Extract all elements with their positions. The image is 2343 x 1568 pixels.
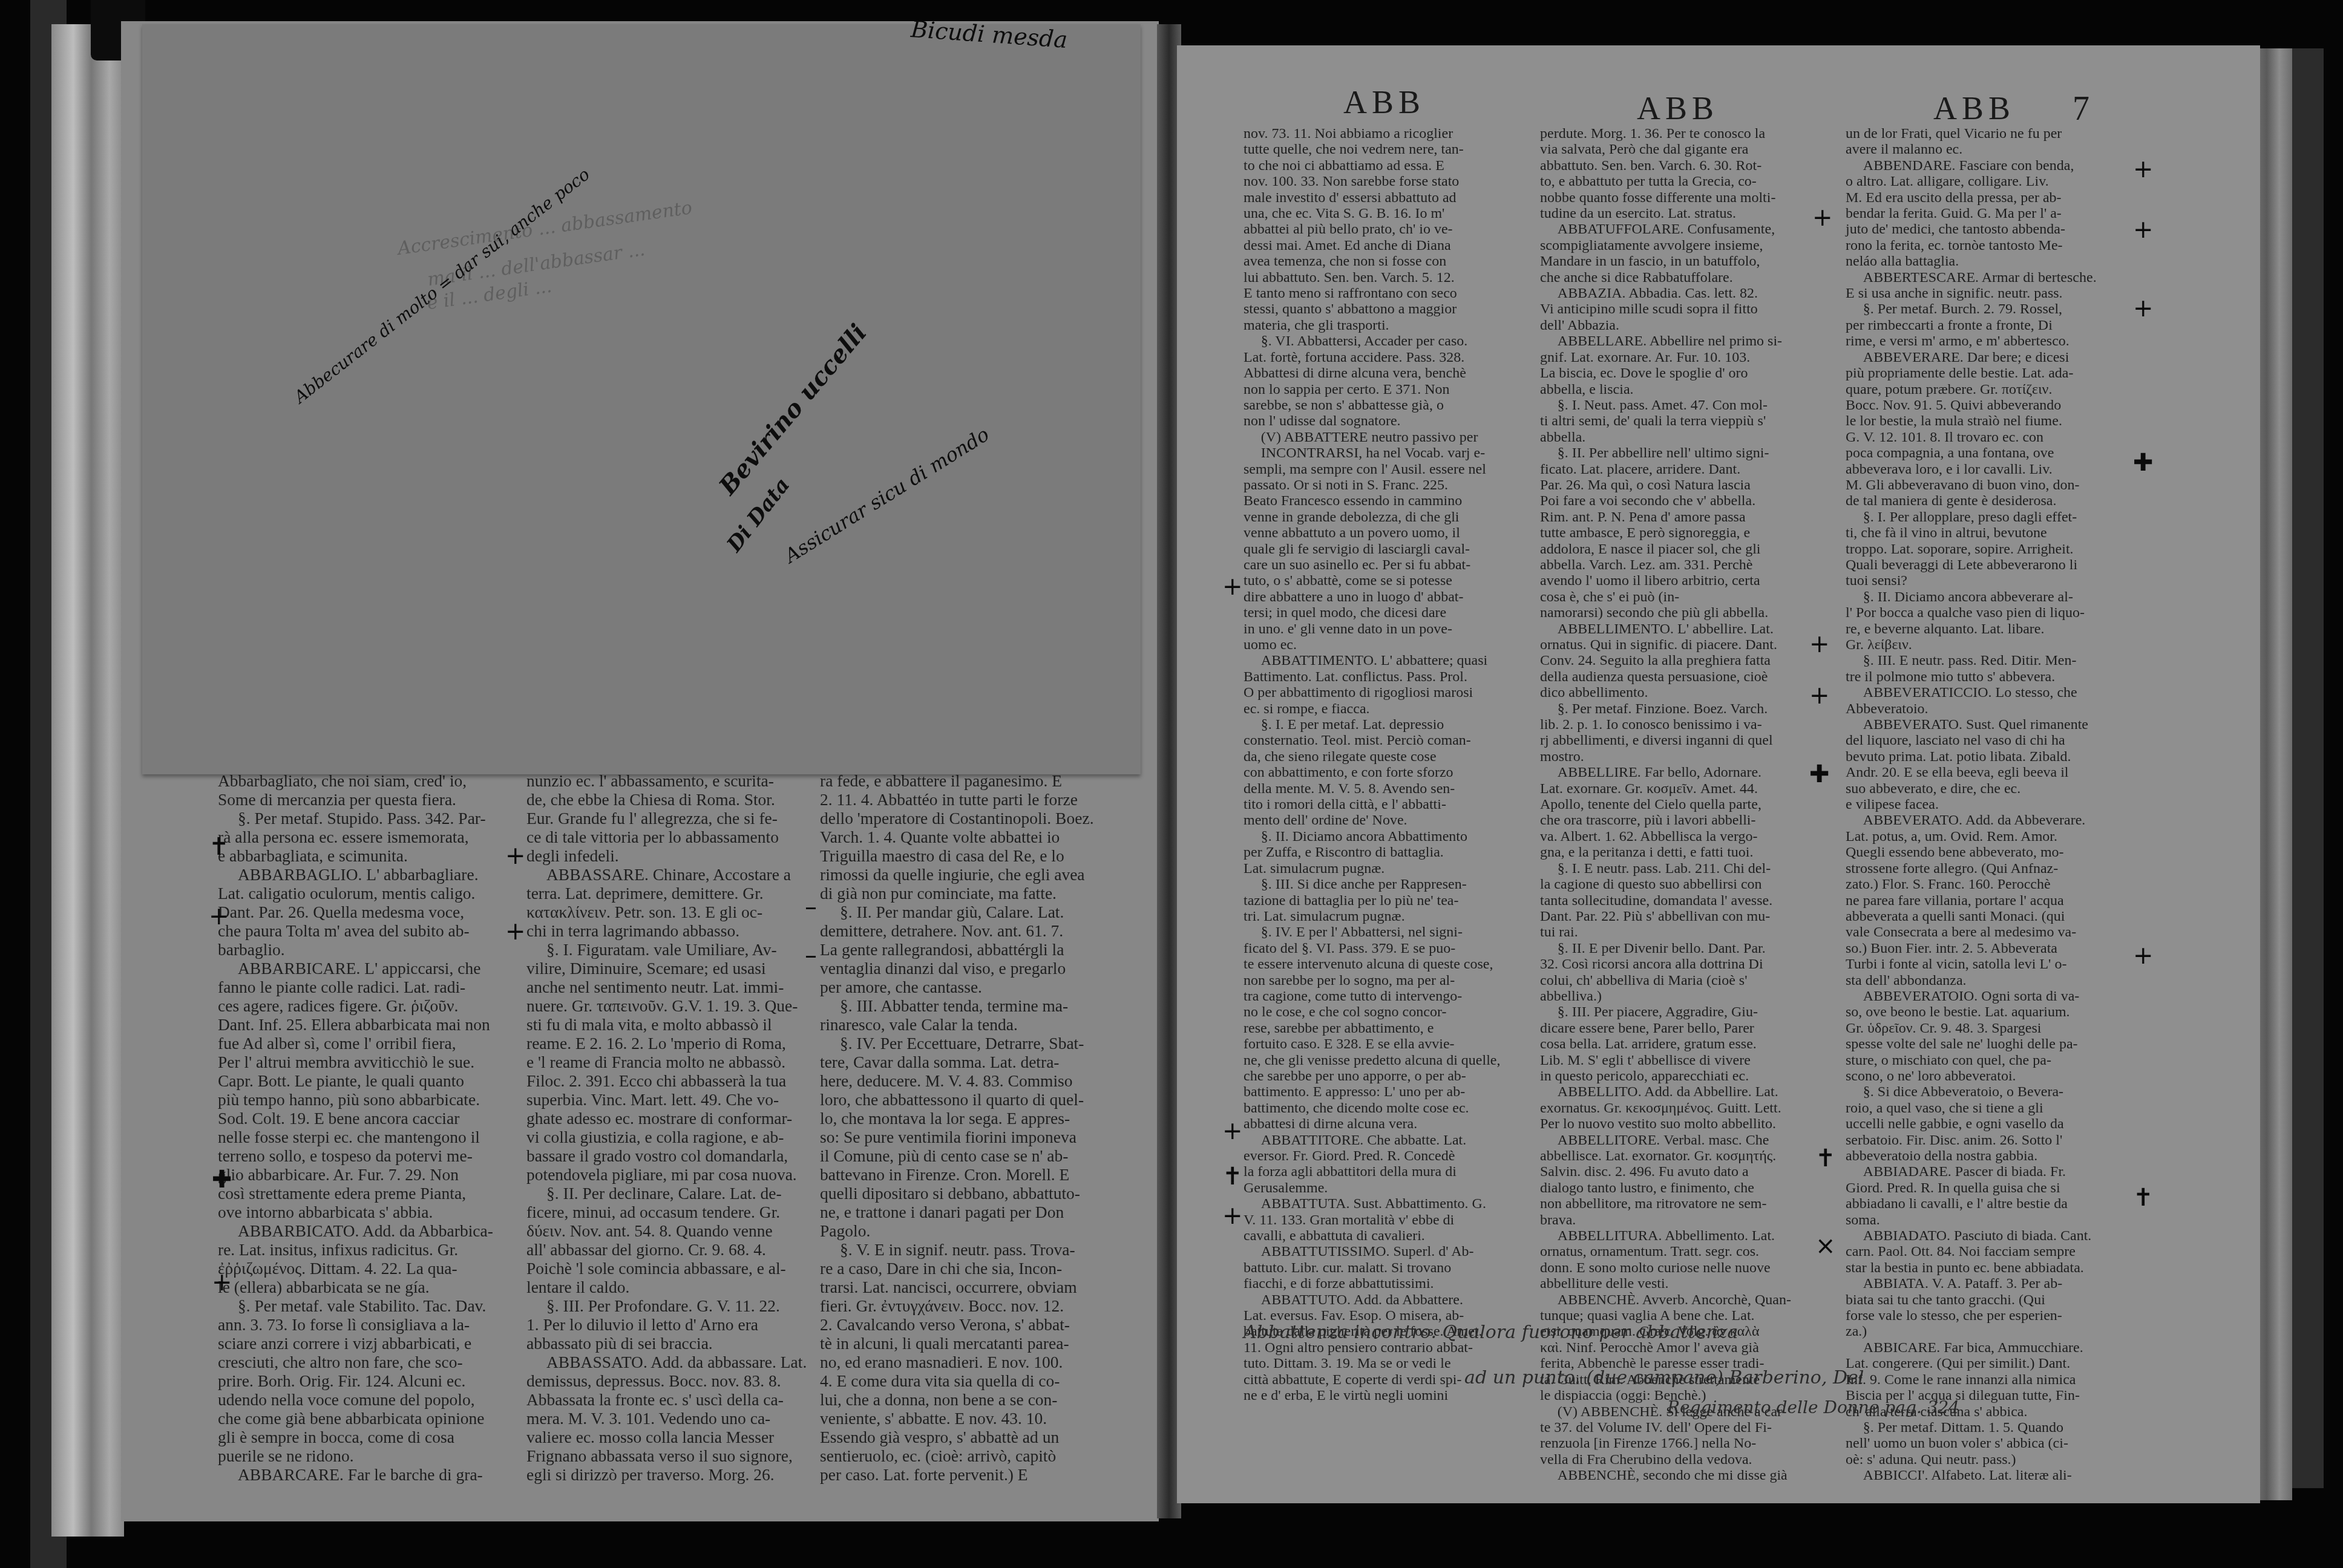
text-line: §. II. Diciamo ancora abbeverare al-: [1846, 589, 2130, 605]
text-line: terreno sollo, e tospeso da potervi me-: [218, 1146, 502, 1165]
margin-cross-mark: ✝: [1222, 1165, 1243, 1189]
text-line: una, che ec. Vita S. G. B. 16. Io m': [1244, 206, 1522, 221]
text-line: chi in terra lagrimando abbasso.: [526, 921, 811, 940]
running-head-3: ABB: [1933, 90, 2015, 127]
text-line: exornatus. Gr. κεκοσμημένος. Guitt. Lett…: [1540, 1100, 1824, 1116]
text-line: abbeverata a quelli santi Monaci. (qui: [1846, 909, 2130, 924]
text-line: κατακλίνειν. Petr. son. 13. E gli oc-: [526, 903, 811, 921]
text-line: Lat. congerere. (Qui per similit.) Dant.: [1846, 1356, 2130, 1371]
entry-headword-line: (V) ABBATTERE neutro passivo per: [1244, 430, 1522, 445]
right-column-2: perdute. Morg. 1. 36. Per te conosco lav…: [1540, 126, 1824, 1484]
text-line: re, e beverne alquanto. Lat. libare.: [1846, 621, 2130, 637]
text-line: lo, che montava la lor sega. E appres-: [820, 1109, 1107, 1128]
text-line: avere il malanno ec.: [1846, 142, 2130, 157]
text-line: Salvin. disc. 2. 496. Fu avuto dato a: [1540, 1164, 1824, 1180]
text-line: Some di mercanzia per questa fiera.: [218, 790, 502, 809]
text-line: Gr. ὑδρεῖον. Cr. 9. 48. 3. Spargesi: [1846, 1021, 2130, 1036]
text-line: rj abbellimenti, e diversi inganni di qu…: [1540, 733, 1824, 748]
text-line: §. Per metaf. Stupido. Pass. 342. Par-: [218, 809, 502, 828]
text-line: §. Per metaf. Burch. 2. 79. Rossel,: [1846, 301, 2130, 317]
text-line: tere, Cavar dalla somma. Lat. detra-: [820, 1053, 1107, 1071]
text-line: ne parea fare villania, portare l' acqua: [1846, 893, 2130, 909]
text-line: valiere ec. mosso colla lancia Messer: [526, 1428, 811, 1446]
entry-headword-line: ABBATTUTISSIMO. Superl. d' Ab-: [1244, 1244, 1522, 1259]
text-line: superbia. Vinc. Mart. lett. 49. Che vo-: [526, 1090, 811, 1109]
text-line: §. IV. E per l' Abbattersi, nel signi-: [1244, 924, 1522, 940]
running-head-2: ABB: [1637, 90, 1719, 127]
text-line: §. II. Per declinare, Calare. Lat. de-: [526, 1184, 811, 1203]
entry-headword-line: ABBATTIMENTO. L' abbattere; quasi: [1244, 653, 1522, 668]
margin-cross-mark: +: [1222, 1119, 1243, 1143]
text-line: in questo pericolo, apparecchiati ec.: [1540, 1068, 1824, 1084]
entry-headword-line: ABBARBICATO. Add. da Abbarbica-: [218, 1221, 502, 1240]
left-page-stack: [51, 24, 124, 1537]
text-line: carn. Paol. Ott. 84. Noi facciam sempre: [1846, 1244, 2130, 1259]
text-line: fortuito caso. E 328. E se ella avvie-: [1244, 1036, 1522, 1052]
margin-cross-mark: +: [2133, 157, 2154, 181]
text-line: Abbattesi di dirne alcuna vera, benchè: [1244, 365, 1522, 381]
text-line: §. IV. Per Eccettuare, Detrarre, Sbat-: [820, 1034, 1107, 1053]
entry-headword-line: ABBELLITORE. Verbal. masc. Che: [1540, 1132, 1824, 1148]
text-line: ti altri semi, de' quali la terra vieppi…: [1540, 413, 1824, 429]
text-line: ec. si rompe, e fiacca.: [1244, 701, 1522, 717]
text-line: sti fu di mala vita, e molto abbassò il: [526, 1015, 811, 1034]
text-line: 32. Così ricorsi ancora alla dottrina Di: [1540, 956, 1824, 972]
entry-headword-line: ABBENCHÈ. Avverb. Ancorchè, Quan-: [1540, 1292, 1824, 1308]
text-line: demittere, detrahere. Nov. ant. 61. 7.: [820, 921, 1107, 940]
text-line: namorarsi) secondo che più gli abbella.: [1540, 605, 1824, 621]
text-line: battimento, che dicendo molte cose ec.: [1244, 1100, 1522, 1116]
text-line: Quegli essendo bene abbeverato, mo-: [1846, 844, 2130, 860]
text-line: Lat. caligatio oculorum, mentis caligo.: [218, 884, 502, 903]
text-line: più propriamente delle bestie. Lat. ada-: [1846, 365, 2130, 381]
text-line: Capr. Bott. Le piante, le quali quanto: [218, 1071, 502, 1090]
text-line: glio abbarbicare. Ar. Fur. 7. 29. Non: [218, 1165, 502, 1184]
margin-cross-mark: ✝: [1815, 1146, 1836, 1171]
book-scan: Abbarbagliato, che noi siam, cred' io,So…: [0, 0, 2343, 1568]
text-line: ventaglia dinanzi dal viso, e pregarlo: [820, 959, 1107, 978]
entry-headword-line: ABBASSATO. Add. da abbassare. Lat.: [526, 1353, 811, 1371]
text-line: Giord. Pred. R. In quella guisa che si: [1846, 1180, 2130, 1196]
handwritten-note-bottom-1: Abbattenza incontro. Qualora fuorono per…: [1244, 1322, 1738, 1343]
text-line: G. V. 12. 101. 8. Il trovaro ec. con: [1846, 430, 2130, 445]
text-line: Per l' altrui membra avviticchiò le sue.: [218, 1053, 502, 1071]
text-line: Inf. 9. Come le rane innanzi alla nimica: [1846, 1372, 2130, 1388]
text-line: δύειν. Nov. ant. 54. 8. Quando venne: [526, 1221, 811, 1240]
text-line: mostro.: [1540, 749, 1824, 765]
text-line: consternatio. Teol. mist. Perciò coman-: [1244, 733, 1522, 748]
text-line: vilire, Diminuire, Scemare; ed usasi: [526, 959, 811, 978]
text-line: Abbeveratoio.: [1846, 701, 2130, 717]
text-line: sempli, ma sempre con l' Ausil. essere n…: [1244, 462, 1522, 477]
text-line: rinaresco, vale Calar la tenda.: [820, 1015, 1107, 1034]
left-column-1: Abbarbagliato, che noi siam, cred' io,So…: [218, 771, 502, 1484]
text-line: abbella, e liscia.: [1540, 382, 1824, 397]
text-line: abbassato più di sei braccia.: [526, 1334, 811, 1353]
text-line: materia, che gli trasporti.: [1244, 318, 1522, 333]
text-line: loro, che abbattessono il quarto di quel…: [820, 1090, 1107, 1109]
entry-headword-line: ABBIATA. V. A. Pataff. 3. Per ab-: [1846, 1276, 2130, 1292]
text-line: o altro. Lat. alligare, colligare. Liv.: [1846, 174, 2130, 189]
text-line: E si usa anche in signific. neutr. pass.: [1846, 286, 2130, 301]
text-line: gli è sempre in bocca, come di cosa: [218, 1428, 502, 1446]
text-line: Turbi i fonte al vicin, satolla levi L' …: [1846, 956, 2130, 972]
text-line: §. II. Per mandar giù, Calare. Lat.: [820, 903, 1107, 921]
text-line: bassare il grado vostro col domandarla,: [526, 1146, 811, 1165]
text-line: §. I. E neutr. pass. Lab. 211. Chi del-: [1540, 861, 1824, 877]
entry-headword-line: ABBELLIMENTO. L' abbellire. Lat.: [1540, 621, 1824, 637]
text-line: cresciuti, che altro non fare, che sco-: [218, 1353, 502, 1371]
text-line: eversor. Fr. Giord. Pred. R. Concedè: [1244, 1148, 1522, 1164]
text-line: Per lo nuovo vestito suo molto abbellito…: [1540, 1116, 1824, 1132]
text-line: venne in grande debolezza, di che gli: [1244, 509, 1522, 525]
text-line: Dant. Par. 22. Più s' abbellivan con mu-: [1540, 909, 1824, 924]
text-line: bevuto prima. Lat. potio libata. Zibald.: [1846, 749, 2130, 765]
text-line: M. Ed era uscito della pressa, per ab-: [1846, 190, 2130, 206]
text-line: in uno. e' gli venne dato in un pove-: [1244, 621, 1522, 637]
text-line: §. I. E per metaf. Lat. depressio: [1244, 717, 1522, 733]
text-line: soma.: [1846, 1212, 2130, 1228]
text-line: le (ellera) abbarbicata se ne gía.: [218, 1278, 502, 1296]
text-line: 2. 11. 4. Abbattéo in tutte parti le for…: [820, 790, 1107, 809]
text-line: Mandare in un fascio, in un batuffolo,: [1540, 253, 1824, 269]
text-line: Pagolo.: [820, 1221, 1107, 1240]
text-line: dire abbattere a uno in luogo d' abbat-: [1244, 589, 1522, 605]
left-column-3: ra fede, e abbattere il paganesimo. E2. …: [820, 771, 1107, 1484]
text-line: O per abbattimento di rigogliosi marosi: [1244, 685, 1522, 701]
text-line: perdute. Morg. 1. 36. Per te conosco la: [1540, 126, 1824, 142]
text-line: §. Per metaf. Finzione. Boez. Varch.: [1540, 701, 1824, 717]
text-line: nov. 73. 11. Noi abbiamo a ricoglier: [1244, 126, 1522, 142]
text-line: udendo nella voce comune del popolo,: [218, 1390, 502, 1409]
text-line: V. 11. 133. Gran mortalità v' ebbe di: [1244, 1212, 1522, 1228]
text-line: tre il polmone mio tutto s' abbevera.: [1846, 669, 2130, 685]
entry-headword-line: ABBICCI'. Alfabeto. Lat. literæ ali-: [1846, 1468, 2130, 1483]
text-line: rono la ferita, ec. tornòe tantosto Me-: [1846, 238, 2130, 253]
text-line: M. Gli abbeveravano di buon vino, don-: [1846, 477, 2130, 493]
text-line: no le cose, e che col sogno concor-: [1244, 1004, 1522, 1020]
text-line: Rim. ant. P. N. Pena d' amore passa: [1540, 509, 1824, 525]
text-line: per rimbeccarti a fronte a fronte, Di: [1846, 318, 2130, 333]
text-line: te 37. del Volume IV. dell' Opere del Fi…: [1540, 1420, 1824, 1436]
text-line: Conv. 24. Seguito la alla preghiera fatt…: [1540, 653, 1824, 668]
text-line: ne, che gli venisse predetto alcuna di q…: [1244, 1053, 1522, 1068]
text-line: fue Ad alber sì, come l' orribil fiera,: [218, 1034, 502, 1053]
text-line: rimossi da quelle ingiurie, che egli ave…: [820, 865, 1107, 884]
entry-headword-line: ABBELLARE. Abbellire nel primo si-: [1540, 333, 1824, 349]
text-line: ficato del §. VI. Pass. 379. E se puo-: [1244, 941, 1522, 956]
text-line: zato.) Flor. S. Franc. 160. Perocchè: [1846, 877, 2130, 892]
margin-cross-mark: ✚: [212, 1168, 232, 1192]
entry-headword-line: ABBIADATO. Pasciuto di biada. Cant.: [1846, 1228, 2130, 1244]
text-line: Beato Francesco essendo in cammino: [1244, 493, 1522, 509]
text-line: ne, e trattone i danari pagati per Don: [820, 1203, 1107, 1221]
text-line: stessi, quanto s' abbattono a maggior: [1244, 301, 1522, 317]
text-line: che ora trascorre, più i lavori abbelli-: [1540, 812, 1824, 828]
text-line: abbeveratoio della nostra gabbia.: [1846, 1148, 2130, 1164]
text-line: vale Consecrata a bere al medesimo va-: [1846, 924, 2130, 940]
entry-headword-line: ABBATTUTO. Add. da Abbattere.: [1244, 1292, 1522, 1308]
text-line: fanno le piante colle radici. Lat. radi-: [218, 978, 502, 996]
text-line: Bocc. Nov. 91. 5. Quivi abbeverando: [1846, 397, 2130, 413]
text-line: tra cagione, come tutto di intervengo-: [1244, 988, 1522, 1004]
text-line: La gente rallegrandosi, abbattérgli la: [820, 940, 1107, 959]
text-line: abbiadano li cavalli, e l' altre bestie …: [1846, 1196, 2130, 1212]
text-line: non l' udisse dal sognatore.: [1244, 413, 1522, 429]
text-line: bendar la ferita. Guid. G. Ma per l' a-: [1846, 206, 2130, 221]
text-line: §. II. Diciamo ancora Abbattimento: [1244, 829, 1522, 844]
text-line: così strettamente edera preme Pianta,: [218, 1184, 502, 1203]
entry-headword-line: ABBATTITORE. Che abbatte. Lat.: [1244, 1132, 1522, 1148]
margin-cross-mark: +: [2133, 218, 2154, 242]
text-line: §. II. E per Divenir bello. Dant. Par.: [1540, 941, 1824, 956]
text-line: della audienza questa persuasione, cioè: [1540, 669, 1824, 685]
right-cover-edge: [2287, 48, 2324, 1488]
margin-cross-mark: ✝: [209, 835, 229, 859]
text-line: forse vale lo stesso, che per esperien-: [1846, 1308, 2130, 1324]
margin-cross-mark: +: [2133, 944, 2154, 968]
text-line: quelli dipositaro si debbano, abbattuto-: [820, 1184, 1107, 1203]
text-line: sarebbe, se non s' abbattesse già, o: [1244, 397, 1522, 413]
text-line: Battimento. Lat. conflictus. Pass. Prol.: [1244, 669, 1522, 685]
margin-cross-mark: +: [1812, 206, 1833, 230]
entry-headword-line: ABBEVERARE. Dar bere; e dicesi: [1846, 350, 2130, 365]
text-line: per amore, che cantasse.: [820, 978, 1107, 996]
text-line: tui rai.: [1540, 924, 1824, 940]
text-line: ann. 3. 73. Io forse lì consigliava a la…: [218, 1315, 502, 1334]
text-line: strossene forte allegro. (Qui Anfnaz-: [1846, 861, 2130, 877]
margin-dash-mark: –: [805, 944, 817, 968]
text-line: dicare essere bene, Parer bello, Parer: [1540, 1021, 1824, 1036]
text-line: to che noi ci abbattiamo ad essa. E: [1244, 158, 1522, 174]
text-line: re a caso, Dare in chi che sia, Incon-: [820, 1259, 1107, 1278]
text-line: ἐῤῥιζωμένος. Dittam. 4. 22. La qua-: [218, 1259, 502, 1278]
text-line: e abbarbagliata, e scimunita.: [218, 846, 502, 865]
text-line: ornatus. Qui in signific. di piacere. Da…: [1540, 637, 1824, 653]
text-line: renzuola [in Firenze 1766.] nella No-: [1540, 1436, 1824, 1451]
text-line: nov. 100. 33. Non sarebbe forse stato: [1244, 174, 1522, 189]
text-line: La biscia, ec. Dove le spoglie d' oro: [1540, 365, 1824, 381]
text-line: 4. E come dura vita sia quella di co-: [820, 1371, 1107, 1390]
text-line: quare, potum præbere. Gr. ποτίζειν.: [1846, 382, 2130, 397]
text-line: l' Por bocca a qualche vaso pien di liqu…: [1846, 605, 2130, 621]
text-line: E tanto meno si raffrontano con seco: [1244, 286, 1522, 301]
text-line: dell' Abbazia.: [1540, 318, 1824, 333]
text-line: tè in alcuni, li quali mercatanti parea-: [820, 1334, 1107, 1353]
text-line: sture, o mischiato con quel, che pa-: [1846, 1053, 2130, 1068]
margin-x-mark: ×: [1815, 1234, 1836, 1258]
text-line: scono, o ne' loro abbeveratoi.: [1846, 1068, 2130, 1084]
text-line: §. I. Neut. pass. Amet. 47. Con mol-: [1540, 397, 1824, 413]
text-line: reame. E 2. 16. 2. Lo 'mperio di Roma,: [526, 1034, 811, 1053]
entry-headword-line: ABBERTESCARE. Armar di bertesche.: [1846, 270, 2130, 286]
text-line: 1. Per lo diluvio il letto d' Arno era: [526, 1315, 811, 1334]
text-line: e vilipese facea.: [1846, 797, 2130, 812]
entry-headword-line: ABBARBICARE. L' appiccarsi, che: [218, 959, 502, 978]
text-line: all' abbassar del giorno. Cr. 9. 68. 4.: [526, 1240, 811, 1259]
text-line: Gerusalemme.: [1244, 1180, 1522, 1196]
text-line: quale gli fe servigio di lasciargli cava…: [1244, 541, 1522, 557]
text-line: neláo alla battaglia.: [1846, 253, 2130, 269]
text-line: spesse volte del sale ne' luoghi delle p…: [1846, 1036, 2130, 1052]
entry-headword-line: ABBENCHÈ, secondo che mi disse già: [1540, 1468, 1824, 1483]
entry-headword-line: ABBELLITURA. Abbellimento. Lat.: [1540, 1228, 1824, 1244]
text-line: colui, ch' abbelliva di Maria (cioè s': [1540, 973, 1824, 988]
text-line: addolora, E nasce il piacer sol, che gli: [1540, 541, 1824, 557]
text-line: §. III. E neutr. pass. Red. Ditir. Men-: [1846, 653, 2130, 668]
entry-headword-line: ABBAZIA. Abbadia. Cas. lett. 82.: [1540, 286, 1824, 301]
text-line: egli si dirizzò per traverso. Morg. 26.: [526, 1465, 811, 1484]
text-line: terra. Lat. deprimere, demittere. Gr.: [526, 884, 811, 903]
text-line: abbelliture delle vesti.: [1540, 1276, 1824, 1292]
text-line: non sarebbe per lo sogno, ma per al-: [1244, 973, 1522, 988]
text-line: Frignano abbassata verso il suo signore,: [526, 1446, 811, 1465]
text-line: nobbe quanto fosse differente una molti-: [1540, 190, 1824, 206]
text-line: battuto. Libr. cur. malatt. Si trovano: [1244, 1260, 1522, 1276]
text-line: here, deducere. M. V. 4. 83. Commiso: [820, 1071, 1107, 1090]
text-line: nelle fosse sterpi ec. che mantengono il: [218, 1128, 502, 1146]
text-line: ti, che fà il vino in altrui, bevutone: [1846, 525, 2130, 541]
entry-headword-line: ABBENDARE. Fasciare con benda,: [1846, 158, 2130, 174]
text-line: re. Lat. insitus, infixus radicitus. Gr.: [218, 1240, 502, 1259]
text-line: Vi anticipino mille scudi sopra il fitto: [1540, 301, 1824, 317]
pasted-paper-slip: Accrescimento ... abbassamento ma il ...…: [142, 24, 1141, 774]
text-line: §. V. E in signif. neutr. pass. Trova-: [820, 1240, 1107, 1259]
text-line: ne e d' erba, E le virtù negli uomini: [1244, 1388, 1522, 1403]
text-line: 2. Cavalcando verso Verona, s' abbat-: [820, 1315, 1107, 1334]
text-line: §. I. Per allopplare, preso dagli effet-: [1846, 509, 2130, 525]
entry-headword-line: ABBICARE. Far bica, Ammucchiare.: [1846, 1340, 2130, 1356]
text-line: §. Per metaf. vale Stabilito. Tac. Dav.: [218, 1296, 502, 1315]
margin-cross-mark: +: [1809, 684, 1830, 708]
text-line: dialogo tanto lustro, e finimento, che: [1540, 1180, 1824, 1196]
text-line: va. Albert. 1. 62. Abbellisca la vergo-: [1540, 829, 1824, 844]
text-line: §. III. Per piacere, Aggradire, Giu-: [1540, 1004, 1824, 1020]
text-line: abbattei al più bello prato, ch' io ve-: [1244, 221, 1522, 237]
text-line: veniente, s' abbatte. E nov. 43. 10.: [820, 1409, 1107, 1428]
text-line: tanta sollecitudine, domandata l' avesse…: [1540, 893, 1824, 909]
text-line: gna, e la peritanza i detti, e fatti tuo…: [1540, 844, 1824, 860]
text-line: ficere, minui, ad occasum tendere. Gr.: [526, 1203, 811, 1221]
text-line: §. VI. Abbattersi, Accader per caso.: [1244, 333, 1522, 349]
text-line: sentieruolo, ec. (cioè: arrivò, capitò: [820, 1446, 1107, 1465]
text-line: rime, e versi m' armo, e m' abbertesco.: [1846, 333, 2130, 349]
text-line: trarsi. Lat. nancisci, occurrere, obviam: [820, 1278, 1107, 1296]
text-line: con abbattimento, e con forte sforzo: [1244, 765, 1522, 780]
text-line: che anche si dice Rabbatuffolare.: [1540, 270, 1824, 286]
text-line: Gr. λείβειν.: [1846, 637, 2130, 653]
text-line: degli infedeli.: [526, 846, 811, 865]
text-line: battimento. E appresso: L' uno per ab-: [1244, 1084, 1522, 1100]
text-line: te essere intervenuto alcuna di queste c…: [1244, 956, 1522, 972]
text-line: abbattuto. Sen. ben. Varch. 6. 30. Rot-: [1540, 158, 1824, 174]
entry-headword-line: ABBELLIRE. Far bello, Adornare.: [1540, 765, 1824, 780]
text-line: tudine da un esercito. Lat. stratus.: [1540, 206, 1824, 221]
text-line: abbella.: [1540, 430, 1824, 445]
text-line: rà alla persona ec. essere ismemorata,: [218, 828, 502, 846]
text-line: Triguilla maestro di casa del Re, e lo: [820, 846, 1107, 865]
entry-headword-line: ABBARCARE. Far le barche di gra-: [218, 1465, 502, 1484]
text-line: §. Per metaf. Dittam. 1. 5. Quando: [1846, 1420, 2130, 1436]
text-line: gnif. Lat. exornare. Ar. Fur. 10. 103.: [1540, 350, 1824, 365]
text-line: Filoc. 2. 391. Ecco chi abbasserà la tua: [526, 1071, 811, 1090]
margin-cross-mark: +: [2133, 296, 2154, 321]
text-line: de, che ebbe la Chiesa di Roma. Stor.: [526, 790, 811, 809]
entry-headword-line: ABBASSARE. Chinare, Accostare a: [526, 865, 811, 884]
margin-cross-mark: ✚: [2133, 451, 2154, 475]
text-line: ove intorno abbarbicata s' abbia.: [218, 1203, 502, 1221]
margin-cross-mark: ✚: [1809, 762, 1830, 786]
text-line: Quali beveraggi di Lete abbeverarono li: [1846, 557, 2130, 573]
text-line: tutte ambasce, E però signoreggia, e: [1540, 525, 1824, 541]
text-line: tri. Lat. simulacrum pugnæ.: [1244, 909, 1522, 924]
margin-cross-mark: +: [505, 844, 526, 868]
entry-headword-line: INCONTRARSI, ha nel Vocab. varj e-: [1244, 445, 1522, 461]
right-column-1: nov. 73. 11. Noi abbiamo a ricogliertutt…: [1244, 126, 1522, 1404]
entry-headword-line: ABBEVERATO. Sust. Quel rimanente: [1846, 717, 2130, 733]
text-line: per Zuffa, e Riscontro di battaglia.: [1244, 844, 1522, 860]
text-line: Poichè 'l sole comincia abbassare, e al-: [526, 1259, 811, 1278]
text-line: §. III. Per Profondare. G. V. 11. 22.: [526, 1296, 811, 1315]
text-line: biata sai tu che tanto gracchi. (Qui: [1846, 1292, 2130, 1308]
text-line: Poi fare a voi secondo che v' abbella.: [1540, 493, 1824, 509]
text-line: potendovela pigliare, mi par cosa nuova.: [526, 1165, 811, 1184]
margin-cross-mark: ✝: [2133, 1186, 2154, 1210]
entry-headword-line: ABBIADARE. Pascer di biada. Fr.: [1846, 1164, 2130, 1180]
text-line: Dant. Inf. 25. Ellera abbarbicata mai no…: [218, 1015, 502, 1034]
text-line: Lat. simulacrum pugnæ.: [1244, 861, 1522, 877]
text-line: suo abbeverato, e dire, che ec.: [1846, 781, 2130, 797]
text-line: §. III. Abbatter tenda, termine ma-: [820, 996, 1107, 1015]
margin-cross-mark: +: [505, 920, 526, 944]
margin-cross-mark: +: [212, 1270, 232, 1295]
text-line: tutte quelle, che noi vedrem nere, tan-: [1244, 142, 1522, 157]
text-line: tersi; in quel modo, che dicesi dare: [1244, 605, 1522, 621]
text-line: per caso. Lat. forte pervenit.) E: [820, 1465, 1107, 1484]
entry-headword-line: ABBEVERATO. Add. da Abbeverare.: [1846, 812, 2130, 828]
text-line: scompigliatamente avvolgere insieme,: [1540, 238, 1824, 253]
text-line: so.) Buon Fier. intr. 2. 5. Abbeverata: [1846, 941, 2130, 956]
right-column-3: un de lor Frati, quel Vicario ne fu pera…: [1846, 126, 2130, 1484]
text-line: battevano in Firenze. Cron. Morell. E: [820, 1165, 1107, 1184]
text-line: lui, che a donna, non bene a se con-: [820, 1390, 1107, 1409]
text-line: demissus, depressus. Bocc. nov. 83. 8.: [526, 1371, 811, 1390]
text-line: Lat. potus, a, um. Ovid. Rem. Amor.: [1846, 829, 2130, 844]
text-line: §. II. Per abbellire nell' ultimo signi-: [1540, 445, 1824, 461]
text-line: che paura Tolta m' avea del subito ab-: [218, 921, 502, 940]
text-line: avendo l' uomo il libero arbitrio, certa: [1540, 573, 1824, 589]
text-line: sta dell' abbondanza.: [1846, 973, 2130, 988]
margin-cross-mark: +: [1222, 575, 1243, 599]
text-line: ghate adesso ec. mostrare di conformar-: [526, 1109, 811, 1128]
text-line: via salvata, Però che dal gigante era: [1540, 142, 1824, 157]
handwritten-note-bottom-2: ad un punto. (due campane) Barberino, De…: [1464, 1367, 1864, 1388]
entry-headword-line: ABBARBAGLIO. L' abbarbagliare.: [218, 865, 502, 884]
text-line: Lib. M. S' egli t' abbellisce di vivere: [1540, 1053, 1824, 1068]
text-line: nuere. Gr. ταπεινοῦν. G.V. 1. 19. 3. Que…: [526, 996, 811, 1015]
text-line: §. I. Figuratam. vale Umiliare, Av-: [526, 940, 811, 959]
text-line: di già non pur cominciate, ma fatte.: [820, 884, 1107, 903]
text-line: nell' uomo un buon voler s' abbica (ci-: [1846, 1436, 2130, 1451]
left-column-2: nunzio ec. l' abbassamento, e scurita-de…: [526, 771, 811, 1484]
text-line: fieri. Gr. ἐντυγχάνειν. Bocc. nov. 12.: [820, 1296, 1107, 1315]
text-line: brava.: [1540, 1212, 1824, 1228]
text-line: Sod. Colt. 19. E bene ancora cacciar: [218, 1109, 502, 1128]
text-line: il Comune, più di cento case se n' ab-: [820, 1146, 1107, 1165]
text-line: uccelli nelle gabbie, e ogni vasello da: [1846, 1116, 2130, 1132]
text-line: la cagione di questo suo abbellirsi con: [1540, 877, 1824, 892]
text-line: da, che sieno rilegate queste cose: [1244, 749, 1522, 765]
